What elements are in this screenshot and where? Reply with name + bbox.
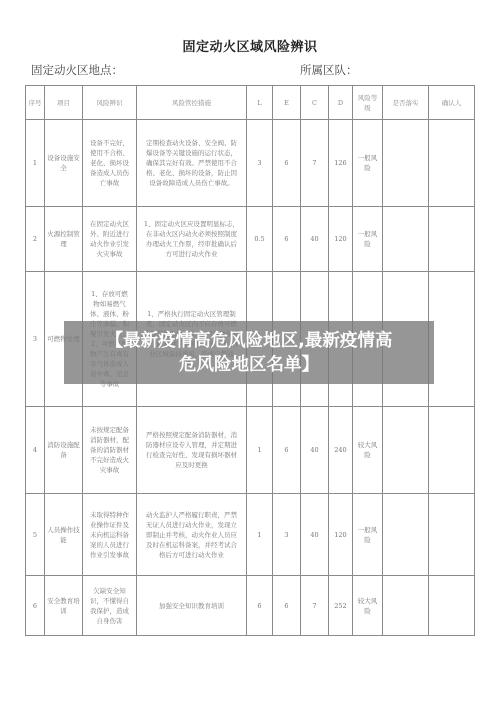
cell-level: 较大风险 bbox=[353, 576, 383, 636]
cell-risk: 在固定动火区外、附近进行动火作业引发火灾事故 bbox=[83, 207, 137, 272]
location-label: 固定动火区地点： bbox=[31, 62, 123, 78]
header-confirmer: 确认人 bbox=[429, 86, 475, 120]
cell-d: 126 bbox=[329, 120, 353, 207]
cell-l: 0.5 bbox=[247, 207, 273, 272]
header-measures: 风险管控措施 bbox=[137, 86, 247, 120]
cell-item: 消防设施配备 bbox=[45, 407, 83, 494]
cell-c: 7 bbox=[301, 120, 329, 207]
cell-e: 6 bbox=[273, 120, 301, 207]
header-implemented: 是否落实 bbox=[383, 86, 429, 120]
cell-risk: 设备不完好，使用不合格、老化、损坏设备造成人员伤亡事故 bbox=[83, 120, 137, 207]
cell-d: 252 bbox=[329, 576, 353, 636]
cell-index: 5 bbox=[26, 494, 45, 576]
cell-confirmer[interactable] bbox=[429, 272, 475, 407]
header-level: 风险等级 bbox=[353, 86, 383, 120]
cell-c: 40 bbox=[301, 494, 329, 576]
cell-implemented[interactable] bbox=[383, 407, 429, 494]
header-index: 序号 bbox=[26, 86, 45, 120]
cell-measures: 1、固定动火区应设置明显标志，在非动火区内动火必须按照制度办理动火工作票，经审批… bbox=[137, 207, 247, 272]
cell-l: 3 bbox=[247, 120, 273, 207]
cell-c: 40 bbox=[301, 207, 329, 272]
cell-item: 火源控制管理 bbox=[45, 207, 83, 272]
cell-d: 120 bbox=[329, 494, 353, 576]
table-row: 2 火源控制管理 在固定动火区外、附近进行动火作业引发火灾事故 1、固定动火区应… bbox=[26, 207, 475, 272]
cell-risk: 未按规定配备消防器材，配备的消防器材不完好造成火灾事故 bbox=[83, 407, 137, 494]
cell-c: 40 bbox=[301, 407, 329, 494]
cell-implemented[interactable] bbox=[383, 207, 429, 272]
cell-level: 一般风险 bbox=[353, 207, 383, 272]
cell-confirmer[interactable] bbox=[429, 407, 475, 494]
cell-index: 3 bbox=[26, 272, 45, 407]
cell-item: 人员操作技能 bbox=[45, 494, 83, 576]
header-e: E bbox=[273, 86, 301, 120]
cell-e: 3 bbox=[273, 494, 301, 576]
cell-item: 设备设施安全 bbox=[45, 120, 83, 207]
banner-line-2: 危风险地区名单】 bbox=[64, 353, 434, 377]
cell-d: 120 bbox=[329, 207, 353, 272]
table-row: 6 安全教育培训 欠缺安全知识，不懂得自我保护，造成自身伤害 加强安全知识教育培… bbox=[26, 576, 475, 636]
cell-level: 较大风险 bbox=[353, 407, 383, 494]
cell-implemented[interactable] bbox=[383, 576, 429, 636]
cell-l: 1 bbox=[247, 407, 273, 494]
cell-implemented[interactable] bbox=[383, 120, 429, 207]
cell-level: 一般风险 bbox=[353, 494, 383, 576]
cell-measures: 动火监护人严格履行职责，严禁无证人员进行动火作业，发现立即制止并考核，动火作业人… bbox=[137, 494, 247, 576]
header-d: D bbox=[329, 86, 353, 120]
cell-l: 6 bbox=[247, 576, 273, 636]
header-risk: 风险辨识 bbox=[83, 86, 137, 120]
cell-item: 安全教育培训 bbox=[45, 576, 83, 636]
cell-e: 6 bbox=[273, 407, 301, 494]
header-item: 项目 bbox=[45, 86, 83, 120]
cell-risk: 未取得特种作业操作证件及未向机运科备案的人员进行作业引发事故 bbox=[83, 494, 137, 576]
header-l: L bbox=[247, 86, 273, 120]
table-row: 4 消防设施配备 未按规定配备消防器材，配备的消防器材不完好造成火灾事故 严格按… bbox=[26, 407, 475, 494]
cell-risk: 欠缺安全知识，不懂得自我保护，造成自身伤害 bbox=[83, 576, 137, 636]
cell-index: 4 bbox=[26, 407, 45, 494]
cell-confirmer[interactable] bbox=[429, 207, 475, 272]
cell-measures: 加强安全知识教育培训 bbox=[137, 576, 247, 636]
cell-c: 7 bbox=[301, 576, 329, 636]
cell-index: 2 bbox=[26, 207, 45, 272]
cell-confirmer[interactable] bbox=[429, 576, 475, 636]
cell-measures: 严格按照规定配备消防器材，消防器材应设专人管理，并定期进行检查完好性，发现有损坏… bbox=[137, 407, 247, 494]
cell-confirmer[interactable] bbox=[429, 494, 475, 576]
cell-measures: 定期检查动火设备、安全阀、防爆设备等关键设施的运行状态，确保其完好有效。严禁使用… bbox=[137, 120, 247, 207]
banner-line-1: 【最新疫情高危风险地区,最新疫情高 bbox=[64, 329, 434, 353]
cell-d: 240 bbox=[329, 407, 353, 494]
cell-e: 6 bbox=[273, 207, 301, 272]
header-c: C bbox=[301, 86, 329, 120]
team-label: 所属区队： bbox=[300, 62, 358, 78]
cell-confirmer[interactable] bbox=[429, 120, 475, 207]
table-header-row: 序号 项目 风险辨识 风险管控措施 L E C D 风险等级 是否落实 确认人 bbox=[26, 86, 475, 120]
table-row: 5 人员操作技能 未取得特种作业操作证件及未向机运科备案的人员进行作业引发事故 … bbox=[26, 494, 475, 576]
table-row: 1 设备设施安全 设备不完好，使用不合格、老化、损坏设备造成人员伤亡事故 定期检… bbox=[26, 120, 475, 207]
cell-e: 6 bbox=[273, 576, 301, 636]
cell-index: 1 bbox=[26, 120, 45, 207]
document-title: 固定动火区域风险辨识 bbox=[0, 36, 500, 55]
cell-implemented[interactable] bbox=[383, 494, 429, 576]
cell-l: 1 bbox=[247, 494, 273, 576]
cell-level: 一般风险 bbox=[353, 120, 383, 207]
cell-index: 6 bbox=[26, 576, 45, 636]
overlay-banner[interactable]: 【最新疫情高危风险地区,最新疫情高 危风险地区名单】 bbox=[64, 321, 434, 384]
